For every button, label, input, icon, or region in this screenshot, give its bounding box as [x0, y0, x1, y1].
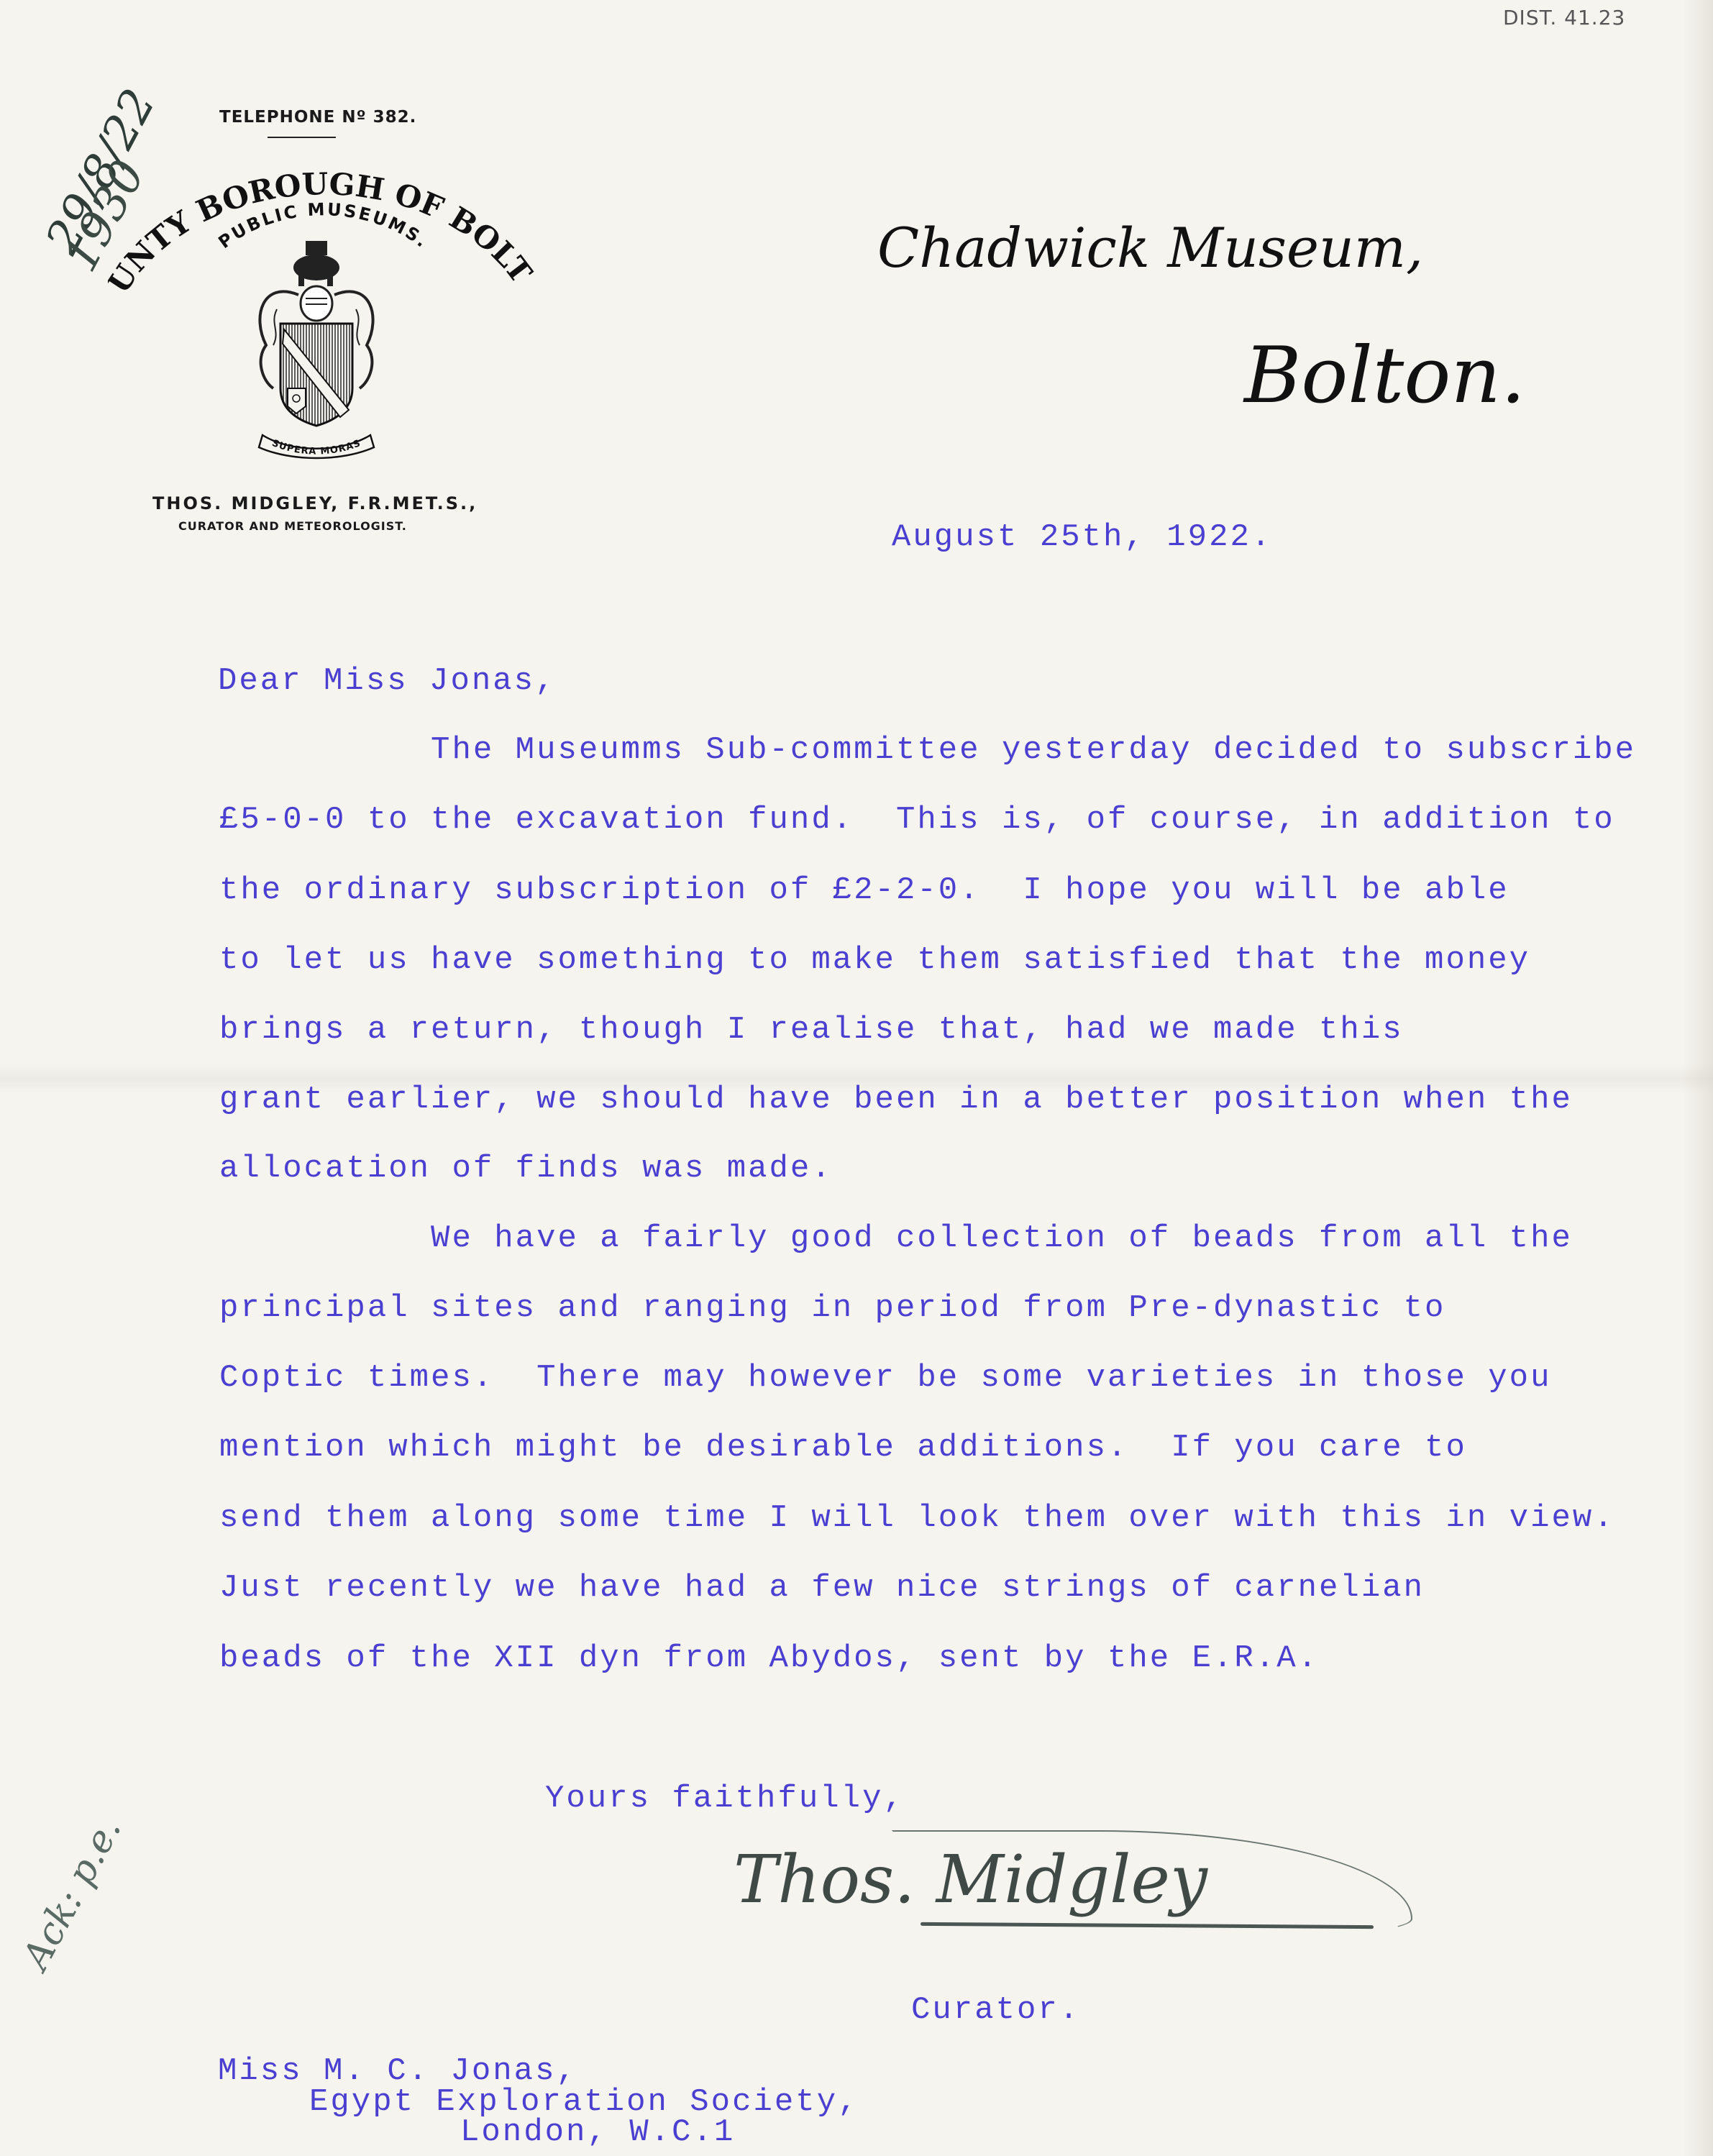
- letterhead-town: Bolton.: [1244, 331, 1525, 421]
- body-line: principal sites and ranging in period fr…: [219, 1290, 1445, 1326]
- body-line: The Museumms Sub-committee yesterday dec…: [219, 732, 1636, 768]
- letterhead-curator-name: THOS. MIDGLEY, F.R.MET.S.,: [152, 493, 478, 513]
- body-line: £5-0-0 to the excavation fund. This is, …: [219, 802, 1615, 838]
- body-line: allocation of finds was made.: [219, 1151, 833, 1187]
- borough-crest-icon: SUPERA MORAS: [248, 237, 385, 460]
- body-line: send them along some time I will look th…: [219, 1500, 1615, 1536]
- letter-salutation: Dear Miss Jonas,: [218, 663, 556, 699]
- body-line: to let us have something to make them sa…: [219, 942, 1530, 978]
- body-line: Coptic times. There may however be some …: [219, 1360, 1551, 1396]
- body-line: brings a return, though I realise that, …: [219, 1012, 1404, 1048]
- body-line: Just recently we have had a few nice str…: [219, 1570, 1425, 1606]
- body-line: mention which might be desirable additio…: [219, 1430, 1467, 1466]
- letterhead-museum-name: Chadwick Museum,: [877, 216, 1423, 280]
- handwritten-signature: Thos. Midgley: [734, 1841, 1207, 1918]
- letterhead-curator-title: CURATOR AND METEOROLOGIST.: [178, 519, 407, 533]
- letter-sign-off: Yours faithfully,: [545, 1781, 905, 1817]
- letterhead-telephone: TELEPHONE Nº 382.: [219, 108, 416, 127]
- signatory-title: Curator.: [911, 1992, 1080, 2028]
- reference-number-annotation: DIST. 41.23: [1503, 6, 1625, 29]
- recipient-city: London, W.C.1: [460, 2114, 735, 2150]
- body-line: the ordinary subscription of £2-2-0. I h…: [219, 872, 1509, 908]
- body-line: We have a fairly good collection of bead…: [219, 1220, 1573, 1256]
- body-line: grant earlier, we should have been in a …: [219, 1082, 1573, 1118]
- letter-date: August 25th, 1922.: [892, 519, 1272, 555]
- body-line: beads of the XII dyn from Abydos, sent b…: [219, 1640, 1319, 1676]
